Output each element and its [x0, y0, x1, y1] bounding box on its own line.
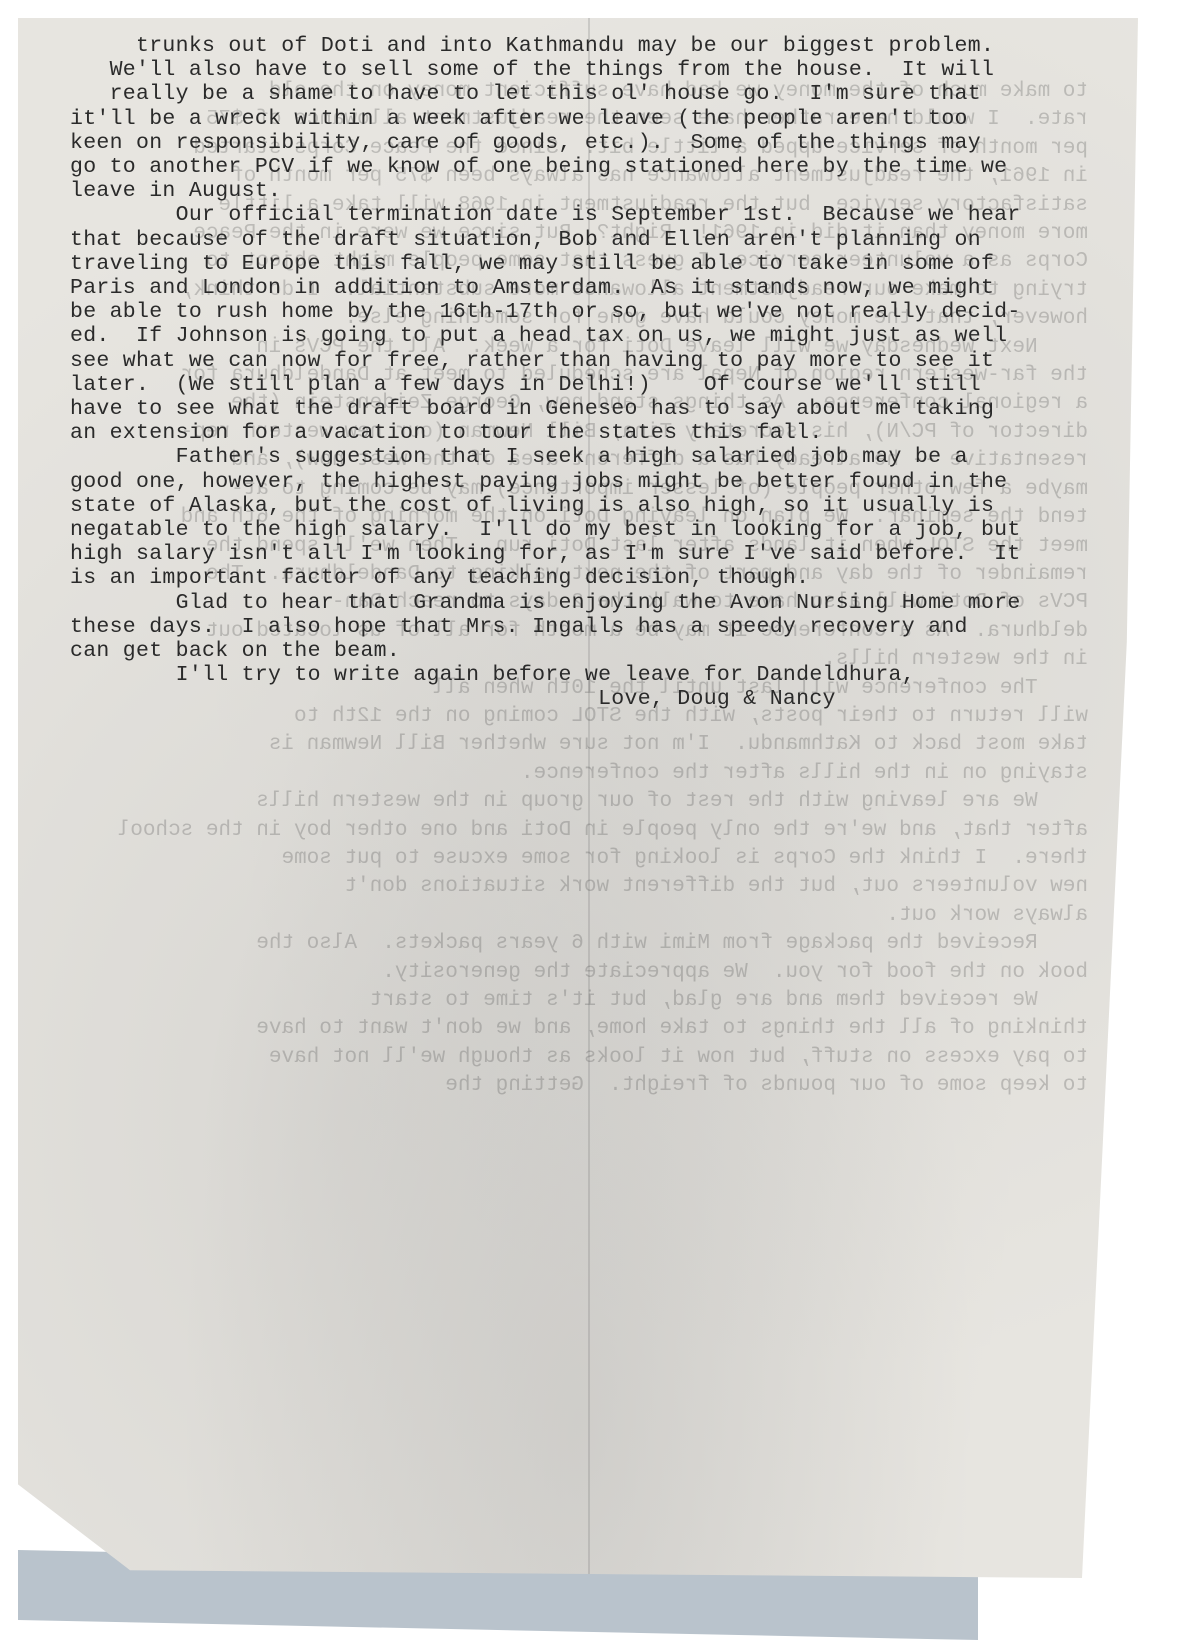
letter-line: these days. I also hope that Mrs. Ingall…: [70, 615, 1110, 639]
letter-line: Father's suggestion that I seek a high s…: [70, 445, 1110, 469]
bleed-through-line: book on the food for you. We appreciate …: [88, 959, 1088, 987]
letter-line: really be a shame to have to let this ol…: [70, 82, 1110, 106]
bleed-through-line: after that, and we're the only people in…: [88, 817, 1088, 845]
bleed-through-line: to keep some of our pounds of freight. G…: [88, 1072, 1088, 1100]
letter-line: that because of the draft situation, Bob…: [70, 228, 1110, 252]
bleed-through-line: thinking of all the things to take home,…: [88, 1015, 1088, 1043]
bleed-through-line: staying on in the hills after the confer…: [88, 760, 1088, 788]
letter-line: have to see what the draft board in Gene…: [70, 397, 1110, 421]
bleed-through-line: always work out.: [88, 902, 1088, 930]
letter-line: We'll also have to sell some of the thin…: [70, 58, 1110, 82]
letter-line: is an important factor of any teaching d…: [70, 566, 1110, 590]
letter-line: later. (We still plan a few days in Delh…: [70, 373, 1110, 397]
letter-line: Love, Doug & Nancy: [70, 687, 1110, 711]
letter-line: traveling to Europe this fall, we may st…: [70, 252, 1110, 276]
letter-line: be able to rush home by the 16th-17th or…: [70, 300, 1110, 324]
letter-line: can get back on the beam.: [70, 639, 1110, 663]
letter-line: I'll try to write again before we leave …: [70, 663, 1110, 687]
letter-line: high salary isn't all I'm looking for, a…: [70, 542, 1110, 566]
bleed-through-line: Received the package from Mimi with 6 ye…: [88, 930, 1088, 958]
bleed-through-line: We received them and are glad, but it's …: [88, 987, 1088, 1015]
letter-line: state of Alaska, but the cost of living …: [70, 494, 1110, 518]
bleed-through-line: there. I think the Corps is looking for …: [88, 845, 1088, 873]
letter-line: ed. If Johnson is going to put a head ta…: [70, 324, 1110, 348]
letter-page: to make much of the money we had have su…: [18, 18, 1138, 1578]
letter-line: Paris and London in addition to Amsterda…: [70, 276, 1110, 300]
bleed-through-line: We are leaving with the rest of our grou…: [88, 788, 1088, 816]
letter-line: it'll be a wreck within a week after we …: [70, 107, 1110, 131]
letter-line: negatable to the high salary. I'll do my…: [70, 518, 1110, 542]
letter-line: go to another PCV if we know of one bein…: [70, 155, 1110, 179]
letter-line: keen on responsibility, care of goods, e…: [70, 131, 1110, 155]
letter-line: trunks out of Doti and into Kathmandu ma…: [70, 34, 1110, 58]
letter-line: see what we can now for free, rather tha…: [70, 349, 1110, 373]
letter-body: trunks out of Doti and into Kathmandu ma…: [70, 34, 1110, 712]
letter-line: Our official termination date is Septemb…: [70, 203, 1110, 227]
bleed-through-line: to pay excess on stuff, but now it looks…: [88, 1044, 1088, 1072]
letter-line: good one, however, the highest paying jo…: [70, 470, 1110, 494]
letter-line: Glad to hear that Grandma is enjoying th…: [70, 591, 1110, 615]
letter-line: leave in August.: [70, 179, 1110, 203]
bleed-through-line: take most back to Kathmandu. I'm not sur…: [88, 731, 1088, 759]
bleed-through-line: new volunteers out, but the different wo…: [88, 873, 1088, 901]
letter-line: an extension for a vacation to tour the …: [70, 421, 1110, 445]
